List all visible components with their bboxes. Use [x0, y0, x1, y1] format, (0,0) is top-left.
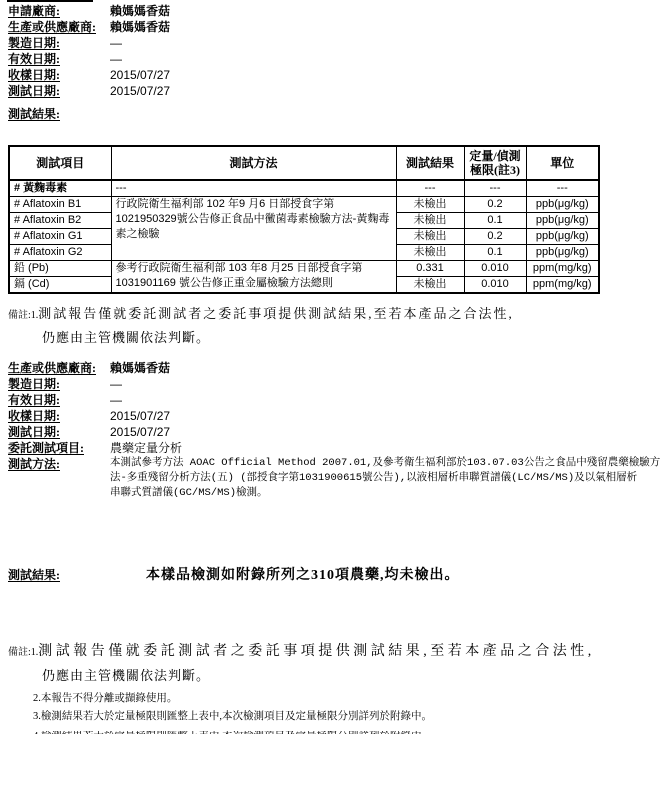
- field-value: 2015/07/27: [110, 83, 170, 99]
- table-row: # 黃麴毒素 --- --- --- ---: [9, 180, 599, 197]
- field-value: 2015/07/27: [110, 424, 170, 440]
- info-row-supplier: 生產或供應廠商: 賴媽媽香菇: [8, 360, 660, 376]
- note-item-4-clipped: 4.檢測結果若大於定量極限則匯整上表中,本次檢測項目及定量極限分別詳列於附錄中。: [33, 731, 595, 734]
- notes-block-2: 備註:1. 測試報告僅就委託測試者之委託事項提供測試結果,至若本產品之合法性, …: [8, 640, 595, 734]
- field-value: —: [110, 376, 122, 392]
- note-item-3: 3.檢測結果若大於定量極限則匯整上表中,本次檢測項目及定量極限分別詳列於附錄中。: [33, 708, 595, 723]
- cell-item: # Aflatoxin B1: [9, 197, 111, 213]
- note-prefix: 備註:1.: [8, 643, 38, 658]
- note-line: 備註:1. 測試報告僅就委託測試者之委託事項提供測試結果,至若本產品之合法性,: [8, 303, 514, 322]
- field-label: 有效日期:: [8, 51, 110, 67]
- cell-unit: ppb(μg/kg): [526, 197, 599, 213]
- field-value: —: [110, 392, 122, 408]
- info-row-test-date: 測試日期: 2015/07/27: [8, 424, 660, 440]
- note-text: 測試報告僅就委託測試者之委託事項提供測試結果,至若本產品之合法性,: [38, 303, 514, 322]
- cell-item: # Aflatoxin B2: [9, 213, 111, 229]
- method-line: 串聯式質譜儀(GC/MS/MS)檢測。: [110, 486, 660, 501]
- table-row: # Aflatoxin B1 行政院衛生福利部 102 年9 月6 日部授食字第…: [9, 197, 599, 213]
- cell-result: 未檢出: [396, 197, 464, 213]
- lab-test-report-page: 申請廠商: 賴媽媽香菇 生產或供應廠商: 賴媽媽香菇 製造日期: — 有效日期:…: [0, 0, 661, 800]
- cell-limit: 0.010: [464, 261, 526, 277]
- cell-result: 0.331: [396, 261, 464, 277]
- info-row-test-date: 測試日期: 2015/07/27: [8, 83, 170, 99]
- cell-item: # Aflatoxin G2: [9, 245, 111, 261]
- field-value: 2015/07/27: [110, 67, 170, 83]
- cell-result: 未檢出: [396, 245, 464, 261]
- header-test-item: 測試項目: [9, 146, 111, 180]
- cell-limit: ---: [464, 180, 526, 197]
- field-label: 製造日期:: [8, 35, 110, 51]
- field-label: 生產或供應廠商:: [8, 19, 110, 35]
- field-label: 測試日期:: [8, 83, 110, 99]
- info-row-received-date: 收樣日期: 2015/07/27: [8, 67, 170, 83]
- info-row-applicant: 申請廠商: 賴媽媽香菇: [8, 3, 170, 19]
- cell-unit: ppb(μg/kg): [526, 229, 599, 245]
- note-prefix: 備註:1.: [8, 306, 38, 321]
- field-value: 賴媽媽香菇: [110, 3, 170, 19]
- field-value: 賴媽媽香菇: [110, 19, 170, 35]
- field-value: 農藥定量分析: [110, 440, 182, 456]
- header-detection-limit: 定量/偵測 極限(註3): [464, 146, 526, 180]
- cell-limit: 0.2: [464, 229, 526, 245]
- cell-method: 參考行政院衛生福利部 103 年8 月25 日部授食字第1031901169 號…: [111, 261, 396, 294]
- results-table: 測試項目 測試方法 測試結果 定量/偵測 極限(註3) 單位 # 黃麴毒素 --…: [8, 145, 600, 294]
- cell-result: 未檢出: [396, 229, 464, 245]
- field-label: 測試方法:: [8, 456, 110, 472]
- info-row-commissioned-test: 委託測試項目: 農藥定量分析: [8, 440, 660, 456]
- cell-item: 鎘 (Cd): [9, 277, 111, 294]
- cell-method: 行政院衛生福利部 102 年9 月6 日部授食字第1021950329號公告修正…: [111, 197, 396, 261]
- note-item-2: 2.本報告不得分離或擷錄使用。: [33, 690, 595, 705]
- header-test-method: 測試方法: [111, 146, 396, 180]
- note-line: 仍應由主管機關依法判斷。: [42, 327, 514, 346]
- info-row-expiry-date: 有效日期: —: [8, 392, 660, 408]
- cell-unit: ppb(μg/kg): [526, 245, 599, 261]
- results-heading-1: 測試結果:: [8, 105, 60, 122]
- method-line: 本測試參考方法 AOAC Official Method 2007.01,及參考…: [110, 456, 660, 471]
- field-value: 賴媽媽香菇: [110, 360, 170, 376]
- header-unit: 單位: [526, 146, 599, 180]
- cell-result: 未檢出: [396, 213, 464, 229]
- info-row-manufacture-date: 製造日期: —: [8, 376, 660, 392]
- note-text: 測試報告僅就委託測試者之委託事項提供測試結果,至若本產品之合法性,: [38, 640, 595, 660]
- field-label: 測試日期:: [8, 424, 110, 440]
- results-summary-text: 本樣品檢測如附錄所列之310項農藥,均未檢出。: [146, 564, 460, 584]
- field-label: 生產或供應廠商:: [8, 360, 110, 376]
- note-line: 仍應由主管機關依法判斷。: [42, 665, 595, 684]
- clipped-underline-top: [7, 0, 93, 2]
- cell-item: # Aflatoxin G1: [9, 229, 111, 245]
- test-method-paragraph: 本測試參考方法 AOAC Official Method 2007.01,及參考…: [110, 456, 660, 501]
- cell-unit: ppm(mg/kg): [526, 277, 599, 294]
- cell-item: # 黃麴毒素: [9, 180, 111, 197]
- method-line: 法-多重殘留分析方法(五) (部授食字第1031900615號公告),以液相層析…: [110, 471, 660, 486]
- info-row-received-date: 收樣日期: 2015/07/27: [8, 408, 660, 424]
- cell-item: 鉛 (Pb): [9, 261, 111, 277]
- info-row-manufacture-date: 製造日期: —: [8, 35, 170, 51]
- notes-block-1: 備註:1. 測試報告僅就委託測試者之委託事項提供測試結果,至若本產品之合法性, …: [8, 303, 514, 346]
- table-row: 鉛 (Pb) 參考行政院衛生福利部 103 年8 月25 日部授食字第10319…: [9, 261, 599, 277]
- cell-method: ---: [111, 180, 396, 197]
- field-label: 委託測試項目:: [8, 440, 110, 456]
- cell-limit: 0.010: [464, 277, 526, 294]
- results-heading-2: 測試結果:: [8, 566, 110, 583]
- sample-info-block-2: 生產或供應廠商: 賴媽媽香菇 製造日期: — 有效日期: — 收樣日期: 201…: [8, 360, 660, 501]
- cell-unit: ppb(μg/kg): [526, 213, 599, 229]
- sample-info-block-1: 申請廠商: 賴媽媽香菇 生產或供應廠商: 賴媽媽香菇 製造日期: — 有效日期:…: [8, 3, 170, 99]
- cell-unit: ---: [526, 180, 599, 197]
- field-label: 收樣日期:: [8, 67, 110, 83]
- cell-limit: 0.2: [464, 197, 526, 213]
- cell-limit: 0.1: [464, 213, 526, 229]
- note-line: 備註:1. 測試報告僅就委託測試者之委託事項提供測試結果,至若本產品之合法性,: [8, 640, 595, 660]
- results-section-2: 測試結果: 本樣品檢測如附錄所列之310項農藥,均未檢出。: [8, 564, 460, 584]
- table-header-row: 測試項目 測試方法 測試結果 定量/偵測 極限(註3) 單位: [9, 146, 599, 180]
- info-row-test-method: 測試方法: 本測試參考方法 AOAC Official Method 2007.…: [8, 456, 660, 501]
- field-label: 申請廠商:: [8, 3, 110, 19]
- field-label: 收樣日期:: [8, 408, 110, 424]
- cell-unit: ppm(mg/kg): [526, 261, 599, 277]
- field-value: —: [110, 35, 122, 51]
- cell-limit: 0.1: [464, 245, 526, 261]
- cell-result: 未檢出: [396, 277, 464, 294]
- field-label: 製造日期:: [8, 376, 110, 392]
- cell-result: ---: [396, 180, 464, 197]
- info-row-supplier: 生產或供應廠商: 賴媽媽香菇: [8, 19, 170, 35]
- header-test-result: 測試結果: [396, 146, 464, 180]
- field-label: 有效日期:: [8, 392, 110, 408]
- info-row-expiry-date: 有效日期: —: [8, 51, 170, 67]
- field-value: —: [110, 51, 122, 67]
- field-value: 2015/07/27: [110, 408, 170, 424]
